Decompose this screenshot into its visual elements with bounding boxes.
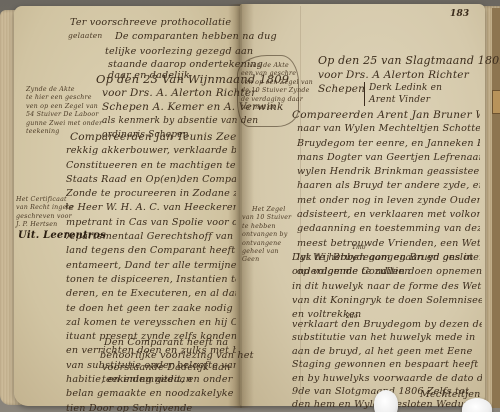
condition-1: Dat Wij Bruydegom en Bruyd ons in onderd… [292,251,482,322]
text-line: de Heer W. H. A. C. van Heeckeren tot Br… [66,201,236,215]
text-line: voorstaande Dadelijk aan [102,362,254,374]
right-margin-bubble-text: van de Akte een van geschre ven op een Z… [241,62,313,112]
condition-1-ordinal: 1mo [352,244,366,251]
heading-line: Op den 25 van Slagtmaand 1809 [318,54,500,68]
left-margin-note-1: Zynde de Akte te hier een geschre ven op… [26,86,102,136]
margin-line: gunne Zwei met onder [26,120,102,128]
margin-line: ontvangen by [242,231,291,239]
text-line: Bruydegom ter eenre, en Janneken Brink [297,137,480,151]
text-line: land tegens den Comparant heeft ge [66,244,236,258]
page-number: 183 [450,9,469,19]
text-line: met onder nog in leven zynde Ouders ge [297,194,480,208]
text-line: in dit huwelyk naar de forme des Wetten [292,280,482,294]
text-line: rekkig akkerbouwer, verklaarde by deezen… [66,144,236,158]
text-line: Constitueeren en te machtigen te weten d… [66,159,236,173]
text-line: Den Comparant heeft na [104,336,254,350]
margin-line: geheel van [242,248,291,256]
margin-line: Het Zegel [252,206,291,214]
text-line: verklaart den Bruydegom by dezen de [292,318,482,331]
text-line: entameert, Dand ter alle termijnen aan [66,259,236,273]
margin-line: geschreven voor [16,213,73,221]
margin-line: van de Akte [249,62,313,70]
text-line: tonen te dispiceeren, Instantien te verv… [66,273,236,287]
left-closing: Den Comparant heeft na behoorlijke voorl… [104,336,254,386]
margin-line: J. P. Hertsen [16,221,73,229]
text-line: Impetrant in Cas van Spolie voor den [66,216,236,230]
text-line: substitutie van het huwelyk mede in [292,331,482,344]
text-line: deren, en te Executeren, en al dat gene [66,287,236,301]
text-line: adsisteert, en verklaaren met volkomen [297,208,480,222]
right-margin-note-lower: Het Zegel van 10 Stuiver te hebben ontva… [242,206,291,265]
text-line: Staats Raad en Op(en)den Comparanten [66,173,236,187]
text-line: naar van Wylen Mechteltjen Schotten als [297,122,480,136]
margin-line: de 10 Stuiver Zynde [241,87,313,95]
left-top-margin-note: gelaaten [68,32,102,40]
text-line: meest betrouwde Vrienden, een Wettig huw… [297,237,480,251]
text-line: Staging gewonnen en bespaart heeft [292,358,482,371]
margin-line: Zynde de Akte [26,86,102,94]
text-line: aan de bruyd, al het geen met Eene [292,345,482,358]
margin-line: van Recht ingete [16,204,73,212]
right-heading-brace: Derk Ledink en Arent Vinder [364,82,442,106]
text-line: tien Door op Schrijvende [66,402,236,412]
left-margin-note-2: Het Certificaat van Recht ingete geschre… [16,196,73,230]
heading-line: Arent Vinder [369,94,442,106]
text-line: Ter voorschreeve prothocollatie [70,16,277,30]
margin-line: te hier een geschre [26,94,102,102]
margin-line: Het Certificaat [16,196,73,204]
signature-text: Uit. Leerentros [18,230,106,241]
margin-line: van 10 Stuiver [242,214,291,222]
text-line: onderdomme te zullen doen opnemen [292,265,482,279]
left-margin-signature: Uit. Leerentros [18,230,106,241]
margin-line: ven op een Zegel van [241,79,313,87]
text-line: mans Dogter van Geertjen Lefrenaar en [297,151,480,165]
text-line: behoorlijke voorlezing van het [100,350,254,362]
text-line: teekening gedaan [102,374,254,386]
text-line: zal komen te vereysschen en hij Const [66,316,236,330]
text-line: Dat Wij Bruydegom en Bruyd ons in [292,251,482,265]
text-line: te doen het geen ter zaake nodig mogt [66,302,236,316]
text-line: Zonde te procureeren in Zodane zaak als [66,187,236,201]
heading-line: voor Drs. A Alerton Richter [318,68,500,82]
margin-line: ontvangene [242,240,291,248]
text-line: haaren als Bruyd ter andere zyde, en [297,179,480,193]
text-line: van dit Koningryk te doen Solemniseeren [292,294,482,308]
margin-line: 54 Stuiver De Laboor [26,111,102,119]
heading-line: Derk Ledink en [369,82,442,94]
margin-line: ven op een Zegel van [26,103,102,111]
margin-line: Geen [242,256,291,264]
text-line: gedaanning en toestemming van dezelve zo… [297,222,480,236]
text-line: De comparanten hebben na dug [115,30,277,44]
margin-line: te hebben [242,223,291,231]
text-line: en by huwelyks voorwaarde de dato den [292,372,482,385]
text-line: Compareerden Jan Teunis Zeelen Com [70,130,236,144]
text-line: Compareerden Arent Jan Bruner Weduwe [292,108,480,122]
text-line: belan gemaakte en noodzakelyke Cau [66,387,236,401]
margin-line: de verdaging daar [241,96,313,104]
photograph-scene: Ter voorschreeve prothocollatie De compa… [0,0,500,412]
gloved-finger [374,390,398,412]
text-line: wylen Hendrik Brinkman geassisteerd [297,165,480,179]
margin-line: gelaaten [68,32,102,40]
margin-line: een van geschre [241,70,313,78]
